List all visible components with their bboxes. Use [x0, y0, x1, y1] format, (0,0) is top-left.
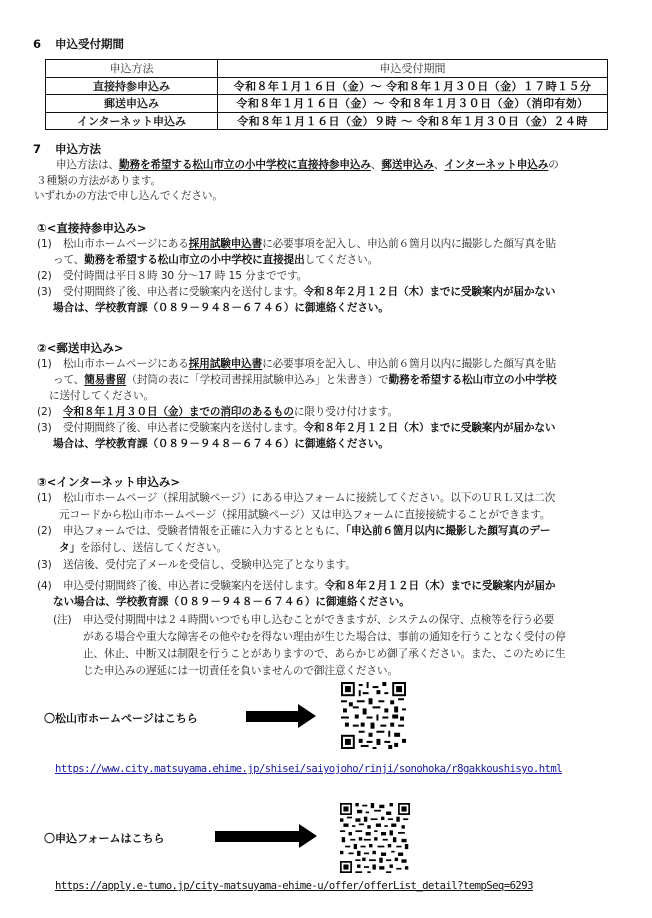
note-line-3: 止、休止、中断又は制限を行うことがありますので、あらかじめ御了承ください。また、…: [83, 646, 566, 661]
intro-suffix: の: [548, 159, 559, 171]
table-header-row: 申込方法 申込受付期間: [46, 60, 608, 78]
item-number: (2): [37, 270, 63, 282]
text: してください。: [305, 254, 378, 266]
intro-prefix: 申込方法は、: [56, 159, 119, 171]
direct-item-1-line-2: って、勤務を希望する松山市立の小中学校に直接提出してください。: [53, 252, 378, 267]
note-line-2: がある場合や重大な障害その他やむを得ない理由が生じた場合は、事前の通知を行うこと…: [83, 629, 566, 644]
text: （封筒の表に「学校司書採用試験申込み」と朱書き）で: [126, 374, 388, 386]
direct-item-3-line-1: (3)受付期間終了後、申込者に受験案内を送付します。令和８年２月１２日（木）まで…: [37, 284, 555, 299]
form-label: 〇申込フォームはこちら: [44, 830, 164, 846]
internet-item-4-line-1: (4)申込受付期間終了後、申込者に受験案内を送付します。令和８年２月１２日（木）…: [37, 578, 555, 593]
internet-subheading: ③<インターネット申込み>: [37, 474, 180, 490]
qr-code-icon[interactable]: [340, 803, 410, 873]
internet-item-2-line-1: (2)申込フォームでは、受験者情報を正確に入力するとともに、「申込前６箇月以内に…: [37, 523, 550, 538]
mail-item-3-line-1: (3)受付期間終了後、申込者に受験案内を送付します。令和８年２月１２日（木）まで…: [37, 420, 555, 435]
intro-line-2: ３種類の方法があります。: [36, 173, 161, 188]
item-number: (3): [37, 559, 63, 571]
direct-item-3-line-2: 場合は、学校教育課（０８９－９４８－６７４６）に御連絡ください。: [53, 300, 389, 315]
text: 松山市ホームページにある: [63, 238, 189, 250]
text: 松山市ホームページにある: [63, 358, 189, 370]
period-cell: 令和８年１月１６日（金）９時 ～ 令和８年１月３０日（金）２４時: [218, 112, 608, 130]
application-period-table: 申込方法 申込受付期間 直接持参申込み 令和８年１月１６日（金）～ 令和８年１月…: [45, 59, 608, 130]
text: 受付期間終了後、申込者に受験案内を送付します。: [63, 422, 304, 434]
option-internet: インターネット申込み: [444, 159, 548, 171]
section-title: 申込方法: [55, 142, 101, 156]
internet-item-4-line-2: ない場合は、学校教育課（０８９－９４８－６７４６）に御連絡ください。: [53, 594, 410, 609]
internet-item-2-line-2: タ」を添付し、送信してください。: [59, 540, 227, 555]
internet-item-3: (3)送信後、受付完了メールを受信し、受験申込完了となります。: [37, 557, 356, 572]
mail-item-3-line-2: 場合は、学校教育課（０８９－９４８－６７４６）に御連絡ください。: [53, 436, 389, 451]
postmark-deadline: 令和８年１月３０日（金）までの消印のあるもの: [63, 406, 294, 418]
item-number: (1): [37, 238, 63, 250]
period-cell: 令和８年１月１６日（金）～ 令和８年１月３０日（金）（消印有効）: [218, 95, 608, 113]
table-row: 郵送申込み 令和８年１月１６日（金）～ 令和８年１月３０日（金）（消印有効）: [46, 95, 608, 113]
mail-item-1-line-3: に送付してください。: [49, 388, 154, 403]
note-line-1: (注)申込受付期間中は２４時間いつでも申し込むことができますが、システムの保守、…: [53, 612, 554, 627]
homepage-url-link[interactable]: https://www.city.matsuyama.ehime.jp/shis…: [55, 763, 562, 775]
text: って、: [53, 374, 84, 386]
emphasis: 令和８年２月１２日（木）までに受験案内が届かない: [304, 422, 556, 434]
item-number: (2): [37, 406, 63, 418]
homepage-label: 〇松山市ホームページはこちら: [44, 710, 198, 726]
section-7-heading: 7申込方法: [33, 141, 101, 157]
emphasis: タ」: [59, 542, 80, 554]
application-form-term: 採用試験申込書: [189, 238, 262, 250]
text: 受付期間終了後、申込者に受験案内を送付します。: [63, 286, 304, 298]
item-number: (1): [37, 358, 63, 370]
method-cell: 郵送申込み: [46, 95, 218, 113]
text: 申込フォームでは、受験者情報を正確に入力するとともに、: [63, 525, 346, 537]
internet-item-1-line-1: (1)松山市ホームページ（採用試験ページ）にある申込フォームに接続してください。…: [37, 490, 555, 505]
item-number: (3): [37, 422, 63, 434]
table-row: 直接持参申込み 令和８年１月１６日（金）～ 令和８年１月３０日（金）１７時１５分: [46, 77, 608, 95]
emphasis: 勤務を希望する松山市立の小中学校に直接提出: [84, 254, 304, 266]
note-label: (注): [53, 612, 83, 627]
header-period: 申込受付期間: [218, 60, 608, 78]
direct-item-1-line-1: (1)松山市ホームページにある採用試験申込書に必要事項を記入し、申込前６箇月以内…: [37, 236, 556, 251]
section-6-heading: 6申込受付期間: [33, 36, 124, 52]
text: に限り受け付けます。: [294, 406, 398, 418]
text: に必要事項を記入し、申込前６箇月以内に撮影した顔写真を貼: [262, 238, 556, 250]
internet-item-1-line-2: 元コードから松山市ホームページ（採用試験ページ）又は申込フォームに直接接続するこ…: [59, 507, 550, 522]
table-row: インターネット申込み 令和８年１月１６日（金）９時 ～ 令和８年１月３０日（金）…: [46, 112, 608, 130]
item-number: (4): [37, 580, 63, 592]
mail-subheading: ②<郵送申込み>: [37, 340, 124, 356]
text: を添付し、送信してください。: [80, 542, 227, 554]
period-cell: 令和８年１月１６日（金）～ 令和８年１月３０日（金）１７時１５分: [218, 77, 608, 95]
separator: 、: [371, 159, 382, 171]
qr-code-icon[interactable]: [341, 682, 406, 749]
method-cell: 直接持参申込み: [46, 77, 218, 95]
text: って、: [53, 254, 84, 266]
item-number: (2): [37, 525, 63, 537]
text: 申込受付期間中は２４時間いつでも申し込むことができますが、システムの保守、点検等…: [83, 614, 554, 626]
mail-item-1-line-1: (1)松山市ホームページにある採用試験申込書に必要事項を記入し、申込前６箇月以内…: [37, 356, 556, 371]
emphasis: 令和８年２月１２日（木）までに受験案内が届かない: [304, 286, 556, 298]
direct-item-2: (2)受付時間は平日８時 30 分～17 時 15 分までです。: [37, 268, 307, 283]
text: 松山市ホームページ（採用試験ページ）にある申込フォームに接続してください。以下の…: [63, 492, 555, 504]
mail-item-2: (2)令和８年１月３０日（金）までの消印のあるものに限り受け付けます。: [37, 404, 398, 419]
text: 申込受付期間終了後、申込者に受験案内を送付します。: [63, 580, 325, 592]
option-mail: 郵送申込み: [381, 159, 433, 171]
item-number: (3): [37, 286, 63, 298]
registered-mail-term: 簡易書留: [84, 374, 126, 386]
emphasis: 令和８年２月１２日（木）までに受験案内が届か: [325, 580, 556, 592]
method-cell: インターネット申込み: [46, 112, 218, 130]
intro-line-1: 申込方法は、勤務を希望する松山市立の小中学校に直接持参申込み、郵送申込み、インタ…: [56, 157, 559, 172]
section-title: 申込受付期間: [55, 37, 124, 51]
text: 受付時間は平日８時 30 分～17 時 15 分までです。: [63, 270, 307, 282]
mail-item-1-line-2: って、簡易書留（封筒の表に「学校司書採用試験申込み」と朱書き）で勤務を希望する松…: [53, 372, 557, 387]
emphasis: 「申込前６箇月以内に撮影した顔写真のデー: [346, 525, 551, 537]
direct-subheading: ①<直接持参申込み>: [37, 220, 147, 236]
section-number: 6: [33, 37, 41, 51]
option-direct: 勤務を希望する松山市立の小中学校に直接持参申込み: [119, 159, 371, 171]
text: に必要事項を記入し、申込前６箇月以内に撮影した顔写真を貼: [262, 358, 556, 370]
separator: 、: [434, 159, 445, 171]
intro-line-3: いずれかの方法で申し込んでください。: [34, 188, 223, 203]
note-line-4: じた申込みの遅延には一切責任を負いませんので御注意ください。: [83, 663, 398, 678]
section-number: 7: [33, 142, 41, 156]
header-method: 申込方法: [46, 60, 218, 78]
item-number: (1): [37, 492, 63, 504]
emphasis: 勤務を希望する松山市立の小中学校: [389, 374, 557, 386]
text: 送信後、受付完了メールを受信し、受験申込完了となります。: [63, 559, 356, 571]
form-url-link[interactable]: https://apply.e-tumo.jp/city-matsuyama-e…: [55, 880, 533, 892]
application-form-term: 採用試験申込書: [189, 358, 262, 370]
